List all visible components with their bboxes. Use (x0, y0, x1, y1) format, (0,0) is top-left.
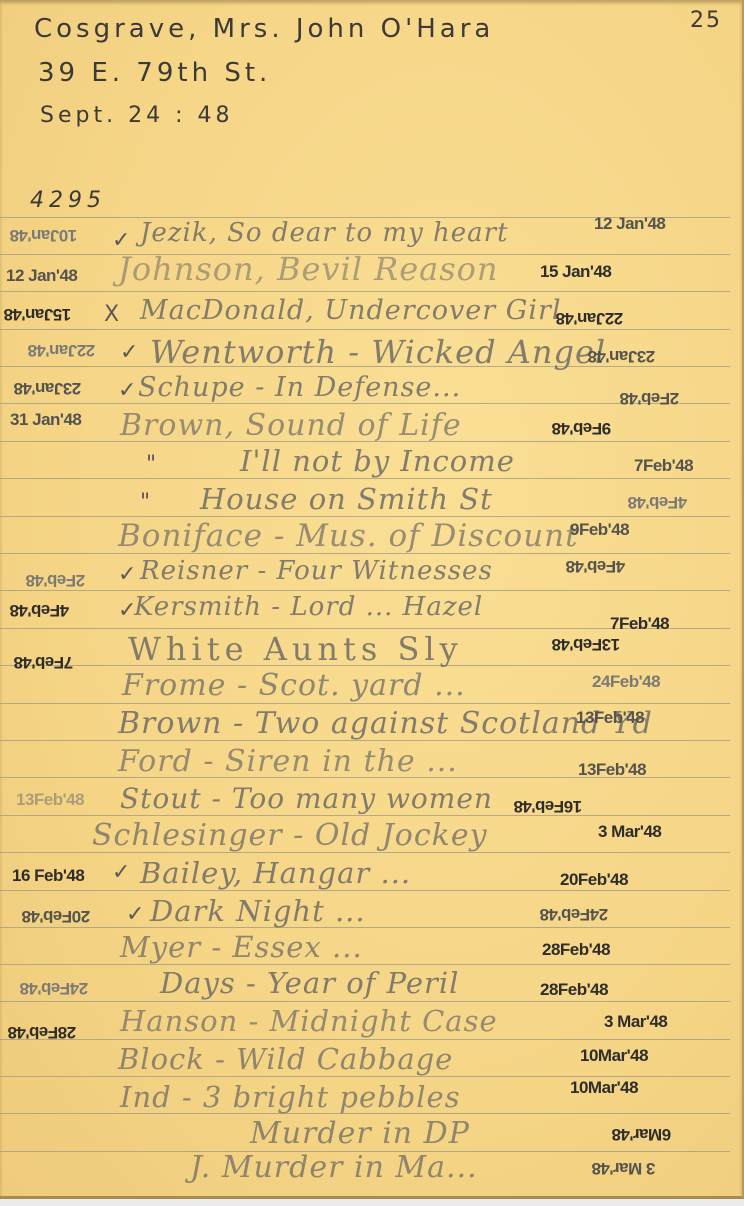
date-stamp: 10Mar'48 (580, 1046, 648, 1066)
book-entry: Johnson, Bevil Reason (118, 250, 499, 288)
book-entry: Wentworth - Wicked Angel (150, 333, 606, 371)
date-stamp: 13Feb'48 (576, 708, 644, 728)
date-stamp: 7Feb'48 (634, 456, 693, 476)
book-entry: Brown, Sound of Life (120, 408, 462, 443)
ditto-mark: " (140, 490, 150, 515)
book-entry: Schlesinger - Old Jockey (92, 818, 488, 853)
ruled-line (0, 964, 730, 965)
book-entry: Hanson - Midnight Case (120, 1004, 498, 1038)
date-stamp: 9Feb'48 (570, 520, 629, 540)
date-stamp: 15 Jan'48 (540, 262, 611, 282)
date-stamp: 4Feb'48 (628, 492, 687, 512)
book-entry: Dark Night ... (150, 894, 366, 928)
x-mark: X (104, 302, 119, 327)
book-entry: I'll not by Income (240, 444, 515, 478)
ruled-line (0, 478, 730, 479)
date-stamp: 3 Mar'48 (598, 822, 661, 842)
borrower-address: 39 E. 79th St. (38, 58, 271, 88)
book-entry: MacDonald, Undercover Girl (140, 295, 562, 326)
book-entry: J. Murder in Ma... (190, 1150, 478, 1185)
ruled-line (0, 1001, 730, 1002)
book-entry: House on Smith St (200, 482, 493, 516)
ruled-line (0, 329, 730, 330)
account-number: 4295 (30, 188, 106, 213)
book-entry: Boniface - Mus. of Discount (118, 518, 579, 554)
date-stamp: 24Feb'48 (540, 904, 608, 924)
date-stamp: 24Feb'48 (20, 978, 88, 998)
book-entry: Bailey, Hangar ... (140, 856, 411, 890)
date-stamp: 10Mar'48 (570, 1078, 638, 1098)
date-stamp: 12 Jan'48 (594, 214, 665, 234)
date-stamp: 28Feb'48 (8, 1022, 76, 1042)
date-stamp: 22Jan'48 (556, 308, 623, 328)
book-entry: Reisner - Four Witnesses (140, 556, 493, 586)
book-entry: Jezik, So dear to my heart (140, 218, 509, 248)
date-stamp: 13Feb'48 (578, 760, 646, 780)
date-stamp: 28Feb'48 (540, 980, 608, 1000)
card-number: 25 (690, 8, 722, 33)
date-stamp: 9Feb'48 (552, 418, 611, 438)
date-stamp: 22Jan'48 (28, 340, 95, 360)
date-stamp: 4Feb'48 (10, 600, 69, 620)
ditto-mark: " (146, 452, 156, 477)
date-stamp: 3 Mar'48 (592, 1158, 655, 1178)
book-entry: Frome - Scot. yard ... (122, 668, 466, 703)
date-stamp: 23Jan'48 (14, 378, 81, 398)
date-stamp: 7Feb'48 (14, 652, 73, 672)
ruled-line (0, 703, 730, 704)
book-entry: Myer - Essex ... (120, 930, 363, 964)
ruled-line (0, 516, 730, 517)
ruled-line (0, 1039, 730, 1040)
date-stamp: 20Feb'48 (22, 906, 90, 926)
date-stamp: 6Mar'48 (612, 1124, 671, 1144)
book-entry: White Aunts Sly (128, 630, 463, 668)
checkmark: ✓ (118, 562, 136, 587)
date-stamp: 16 Feb'48 (12, 866, 84, 886)
book-entry: Schupe - In Defense... (138, 372, 461, 403)
date-stamp: 31 Jan'48 (10, 410, 81, 430)
date-stamp: 3 Mar'48 (604, 1012, 667, 1032)
date-stamp: 10Jan'48 (10, 225, 77, 245)
date-stamp: 12 Jan'48 (6, 266, 77, 286)
date-stamp: 13Feb'48 (552, 634, 620, 654)
date-stamp: 15Jan'48 (4, 304, 71, 324)
ruled-line (0, 1076, 730, 1077)
date-stamp: 7Feb'48 (610, 614, 669, 634)
checkmark: ✓ (112, 860, 130, 885)
date-stamp: 13Feb'48 (16, 790, 84, 810)
book-entry: Ind - 3 bright pebbles (120, 1080, 461, 1114)
book-entry: Days - Year of Peril (160, 966, 459, 1000)
checkmark: ✓ (118, 378, 136, 403)
book-entry: Kersmith - Lord ... Hazel (134, 592, 483, 622)
date-stamp: 2Feb'48 (620, 388, 679, 408)
date-stamp: 4Feb'48 (566, 556, 625, 576)
book-entry: Block - Wild Cabbage (118, 1042, 453, 1076)
book-entry: Stout - Too many women (120, 782, 493, 815)
registration-date: Sept. 24 : 48 (40, 103, 233, 128)
book-entry: Murder in DP (250, 1116, 470, 1151)
checkmark: ✓ (126, 902, 144, 927)
date-stamp: 20Feb'48 (560, 870, 628, 890)
ruled-line (0, 590, 730, 591)
ruled-line (0, 890, 730, 891)
checkmark: ✓ (120, 340, 138, 365)
book-entry: Ford - Siren in the ... (118, 744, 458, 779)
book-entry: Brown - Two against Scotland Yd (118, 706, 653, 741)
library-index-card: Cosgrave, Mrs. John O'Hara 25 39 E. 79th… (0, 0, 744, 1199)
date-stamp: 28Feb'48 (542, 940, 610, 960)
borrower-name: Cosgrave, Mrs. John O'Hara (34, 14, 494, 44)
ruled-line (0, 291, 730, 292)
ruled-line (0, 815, 730, 816)
date-stamp: 16Feb'48 (514, 796, 582, 816)
date-stamp: 23Jan'48 (588, 346, 655, 366)
date-stamp: 24Feb'48 (592, 672, 660, 692)
date-stamp: 2Feb'48 (26, 570, 85, 590)
